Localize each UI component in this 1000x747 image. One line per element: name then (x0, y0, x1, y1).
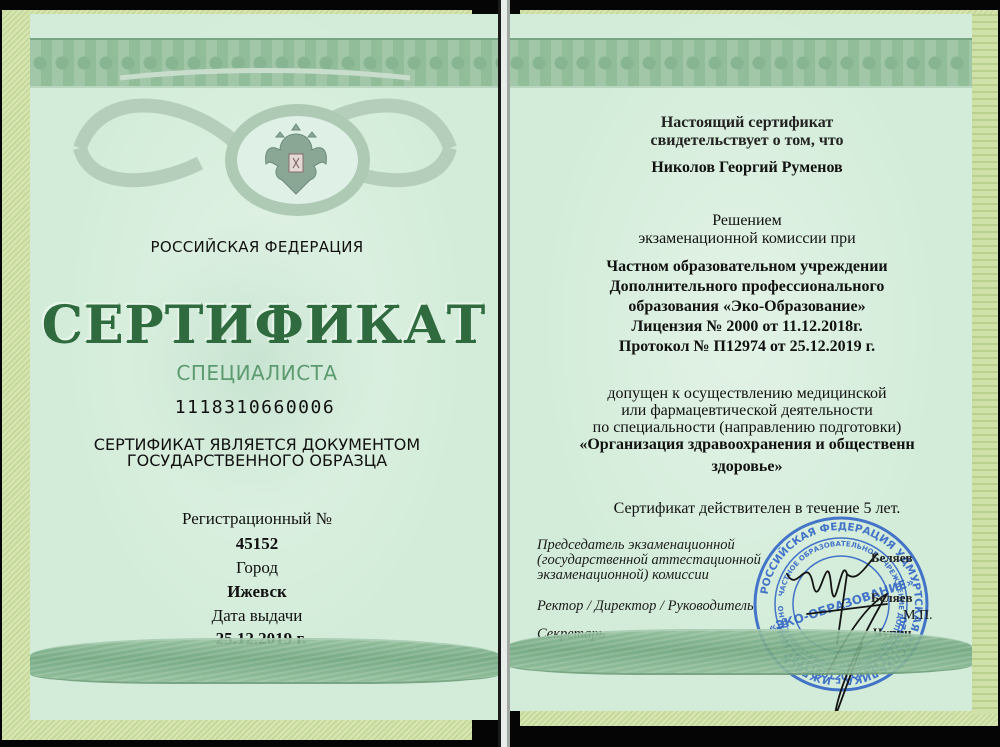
holder-name: Николов Георгий Руменов (597, 159, 897, 177)
decorative-ribbon (60, 58, 470, 208)
chair-line-1: Председатель экзаменационной (537, 538, 787, 553)
rector-name: Беляев (871, 590, 912, 606)
admission-line-1: допущен к осуществлению медицинской (537, 385, 957, 402)
state-document-notice: СЕРТИФИКАТ ЯВЛЯЕТСЯ ДОКУМЕНТОМ ГОСУДАРСТ… (30, 437, 492, 469)
organization-block: Частном образовательном учреждении Допол… (547, 257, 947, 357)
certificate-title: СЕРТИФИКАТ (30, 294, 498, 355)
admission-line-2: или фармацевтической деятельности (537, 402, 957, 419)
guilloche-band-bottom (30, 638, 500, 684)
decision-text: Решением экзаменационной комиссии при (577, 212, 917, 248)
book-seam-bookmark (498, 0, 510, 747)
certificate-right-page: Настоящий сертификат свидетельствует о т… (507, 14, 972, 711)
russian-coat-of-arms-icon (260, 120, 332, 204)
organization-line-3: образования «Эко-Образование» (547, 297, 947, 317)
certificate-left-page: РОССИЙСКАЯ ФЕДЕРАЦИЯ СЕРТИФИКАТ СПЕЦИАЛИ… (30, 14, 502, 720)
admission-block: допущен к осуществлению медицинской или … (537, 385, 957, 475)
cover-right-texture (972, 14, 998, 714)
chair-line-2: (государственной аттестационной (537, 553, 787, 568)
chair-signature-label: Председатель экзаменационной (государств… (537, 538, 787, 583)
chair-line-3: экзаменационной) комиссии (537, 568, 787, 583)
state-document-line-2: ГОСУДАРСТВЕННОГО ОБРАЗЦА (30, 453, 492, 469)
certificate-number: 1118310660006 (30, 397, 490, 418)
organization-line-2: Дополнительного профессионального (547, 277, 947, 297)
registration-number: 45152 (30, 534, 492, 554)
intro-line-2: свидетельствует о том, что (617, 132, 877, 150)
chair-name: Беляев (871, 550, 912, 566)
protocol-line: Протокол № П12974 от 25.12.2019 г. (547, 337, 947, 357)
country-label: РОССИЙСКАЯ ФЕДЕРАЦИЯ (30, 238, 492, 256)
guilloche-band-bottom (507, 629, 972, 675)
guilloche-band-top (507, 38, 972, 88)
seal-place-mark: М.П. (903, 608, 933, 624)
admission-line-3: по специальности (направлению подготовки… (537, 419, 957, 436)
certificate-subtitle: СПЕЦИАЛИСТА (30, 361, 492, 385)
license-line: Лицензия № 2000 от 11.12.2018г. (547, 317, 947, 337)
decision-line-1: Решением (577, 212, 917, 230)
city-value: Ижевск (30, 582, 492, 602)
specialty-line-2: здоровье» (537, 458, 957, 475)
city-label: Город (30, 558, 492, 578)
issue-date-label: Дата выдачи (30, 606, 492, 626)
organization-line-1: Частном образовательном учреждении (547, 257, 947, 277)
registration-label: Регистрационный № (30, 509, 492, 529)
intro-text: Настоящий сертификат свидетельствует о т… (617, 114, 877, 150)
intro-line-1: Настоящий сертификат (617, 114, 877, 132)
rector-signature-label: Ректор / Директор / Руководитель (537, 599, 754, 614)
decision-line-2: экзаменационной комиссии при (577, 230, 917, 248)
specialty-line-1: «Организация здравоохранения и обществен… (537, 436, 957, 453)
